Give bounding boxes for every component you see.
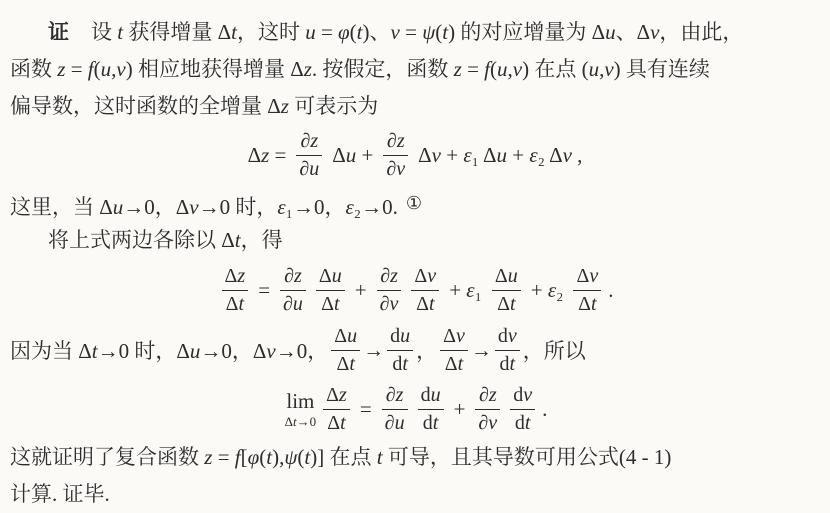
fraction-denominator: dt: [387, 351, 413, 376]
proof-paragraph-1-line-2: 函数 z = f(u,v) 相应地获得增量 Δz. 按假定，函数 z = f(u…: [10, 51, 820, 88]
fraction-numerator: du: [387, 325, 413, 351]
fraction-dv-dt: ΔvΔt: [440, 325, 468, 376]
fraction-denominator: ∂v: [377, 291, 402, 316]
plus-sign: +: [454, 397, 466, 422]
fraction-denominator: ∂v: [475, 410, 500, 435]
fraction-denominator: ∂u: [280, 291, 306, 316]
epsilon-limits-text: 这里，当 Δu→0，Δv→0 时，ε₁→0，ε₂→0.: [10, 195, 398, 219]
equals-sign: =: [360, 397, 372, 422]
fraction-dv-dt: ΔvΔt: [573, 265, 601, 316]
proof-text-line-1: 设 t 获得增量 Δt，这时 u = φ(t)、v = ψ(t) 的对应增量为 …: [91, 20, 743, 44]
fraction-numerator: ∂z: [280, 265, 306, 291]
fraction-numerator: Δv: [440, 325, 468, 351]
fraction-du-dt: ΔuΔt: [316, 265, 345, 316]
proof-paragraph-2: 这里，当 Δu→0，Δv→0 时，ε₁→0，ε₂→0.①: [10, 185, 820, 222]
fraction-dz-du: ∂z∂u: [296, 130, 322, 181]
fraction-numerator: du: [418, 384, 444, 410]
fraction-denominator: Δt: [411, 291, 439, 316]
fraction-denominator: dt: [495, 351, 520, 376]
fraction-dv-dt: ΔvΔt: [411, 265, 439, 316]
lim-subscript: Δt→0: [285, 415, 317, 428]
formula1-tail: Δv + ε₁ Δu + ε₂ Δv ,: [418, 143, 582, 168]
fraction-numerator: ∂z: [296, 130, 322, 156]
fraction-dz-dv: ∂z∂v: [383, 130, 408, 181]
fraction-dv-dt-deriv: dvdt: [495, 325, 520, 376]
fraction-denominator: ∂v: [383, 156, 408, 181]
proof-text-line-2: 函数 z = f(u,v) 相应地获得增量 Δz. 按假定，函数 z = f(u…: [10, 57, 710, 81]
because-text: 因为当 Δt→0 时，Δu→0，Δv→0，: [10, 335, 328, 365]
proof-conclusion-line-1: 这就证明了复合函数 z = f[φ(t),ψ(t)] 在点 t 可导，且其导数可…: [10, 439, 820, 476]
formula1-lhs: Δz =: [248, 143, 287, 168]
fraction-numerator: Δu: [492, 265, 521, 291]
arrow: →: [471, 338, 492, 363]
formula1-mid: Δu +: [332, 143, 373, 168]
fraction-du-dt-deriv: dudt: [387, 325, 413, 376]
fraction-du-dt-deriv: dudt: [418, 384, 444, 435]
divide-by-delta-t-text: 将上式两边各除以 Δt，得: [48, 228, 283, 252]
lim-word: lim: [285, 391, 317, 412]
fraction-denominator: Δt: [573, 291, 601, 316]
plus-epsilon2: + ε₂: [531, 278, 564, 303]
fraction-denominator: dt: [510, 410, 535, 435]
conclusion-text-line-1: 这就证明了复合函数 z = f[φ(t),ψ(t)] 在点 t 可导，且其导数可…: [10, 445, 671, 469]
fraction-denominator: Δt: [316, 291, 345, 316]
fraction-denominator: dt: [418, 410, 444, 435]
limit-operator: limΔt→0: [285, 391, 317, 428]
fraction-denominator: Δt: [323, 410, 350, 435]
plus-sign: +: [355, 278, 367, 303]
formula-total-increment: Δz = ∂z∂u Δu + ∂z∂v Δv + ε₁ Δu + ε₂ Δv ,: [10, 125, 820, 185]
fraction-dv-dt-deriv: dvdt: [510, 384, 535, 435]
fraction-numerator: Δz: [222, 265, 249, 291]
fraction-numerator: ∂z: [383, 130, 408, 156]
fraction-denominator: Δt: [440, 351, 468, 376]
fraction-denominator: ∂u: [296, 156, 322, 181]
textbook-proof-page: 证设 t 获得增量 Δt，这时 u = φ(t)、v = ψ(t) 的对应增量为…: [0, 0, 830, 513]
fraction-dz-dt: ΔzΔt: [323, 384, 350, 435]
fraction-numerator: Δv: [411, 265, 439, 291]
fraction-dz-du: ∂z∂u: [382, 384, 408, 435]
fraction-numerator: dv: [510, 384, 535, 410]
formula-divided-by-delta-t: ΔzΔt = ∂z∂u ΔuΔt + ∂z∂v ΔvΔt + ε₁ ΔuΔt +…: [10, 259, 820, 321]
fraction-du-dt: ΔuΔt: [331, 325, 360, 376]
fraction-numerator: dv: [495, 325, 520, 351]
period: .: [542, 397, 547, 422]
fraction-denominator: Δt: [222, 291, 249, 316]
proof-paragraph-4: 因为当 Δt→0 时，Δu→0，Δv→0， ΔuΔt → dudt ， ΔvΔt…: [10, 321, 820, 379]
period: .: [608, 278, 613, 303]
fraction-du-dt: ΔuΔt: [492, 265, 521, 316]
therefore-text: ，所以: [523, 335, 586, 365]
proof-paragraph-1-line-1: 证设 t 获得增量 Δt，这时 u = φ(t)、v = ψ(t) 的对应增量为…: [10, 14, 820, 51]
proof-paragraph-1-line-3: 偏导数，这时函数的全增量 Δz 可表示为: [10, 88, 820, 125]
proof-keyword: 证: [48, 21, 69, 44]
proof-paragraph-3: 将上式两边各除以 Δt，得: [10, 222, 820, 259]
fraction-dz-dv: ∂z∂v: [475, 384, 500, 435]
proof-conclusion-line-2: 计算. 证毕.: [10, 476, 820, 513]
arrow: →: [363, 338, 384, 363]
equals-sign: =: [258, 278, 270, 303]
fraction-numerator: ∂z: [475, 384, 500, 410]
footnote-ref-1: ①: [406, 193, 422, 214]
fraction-numerator: Δu: [331, 325, 360, 351]
fraction-denominator: ∂u: [382, 410, 408, 435]
formula-limit-chain-rule: limΔt→0 ΔzΔt = ∂z∂u dudt + ∂z∂v dvdt .: [10, 379, 820, 439]
comma: ，: [416, 335, 437, 365]
proof-text-line-3: 偏导数，这时函数的全增量 Δz 可表示为: [10, 94, 378, 118]
fraction-dz-du: ∂z∂u: [280, 265, 306, 316]
conclusion-text-line-2: 计算. 证毕.: [10, 482, 110, 506]
fraction-numerator: ∂z: [377, 265, 402, 291]
fraction-dz-dt: ΔzΔt: [222, 265, 249, 316]
fraction-dz-dv: ∂z∂v: [377, 265, 402, 316]
fraction-numerator: ∂z: [382, 384, 408, 410]
fraction-denominator: Δt: [331, 351, 360, 376]
fraction-numerator: Δu: [316, 265, 345, 291]
fraction-numerator: Δv: [573, 265, 601, 291]
fraction-denominator: Δt: [492, 291, 521, 316]
plus-epsilon1: + ε₁: [449, 278, 482, 303]
fraction-numerator: Δz: [323, 384, 350, 410]
